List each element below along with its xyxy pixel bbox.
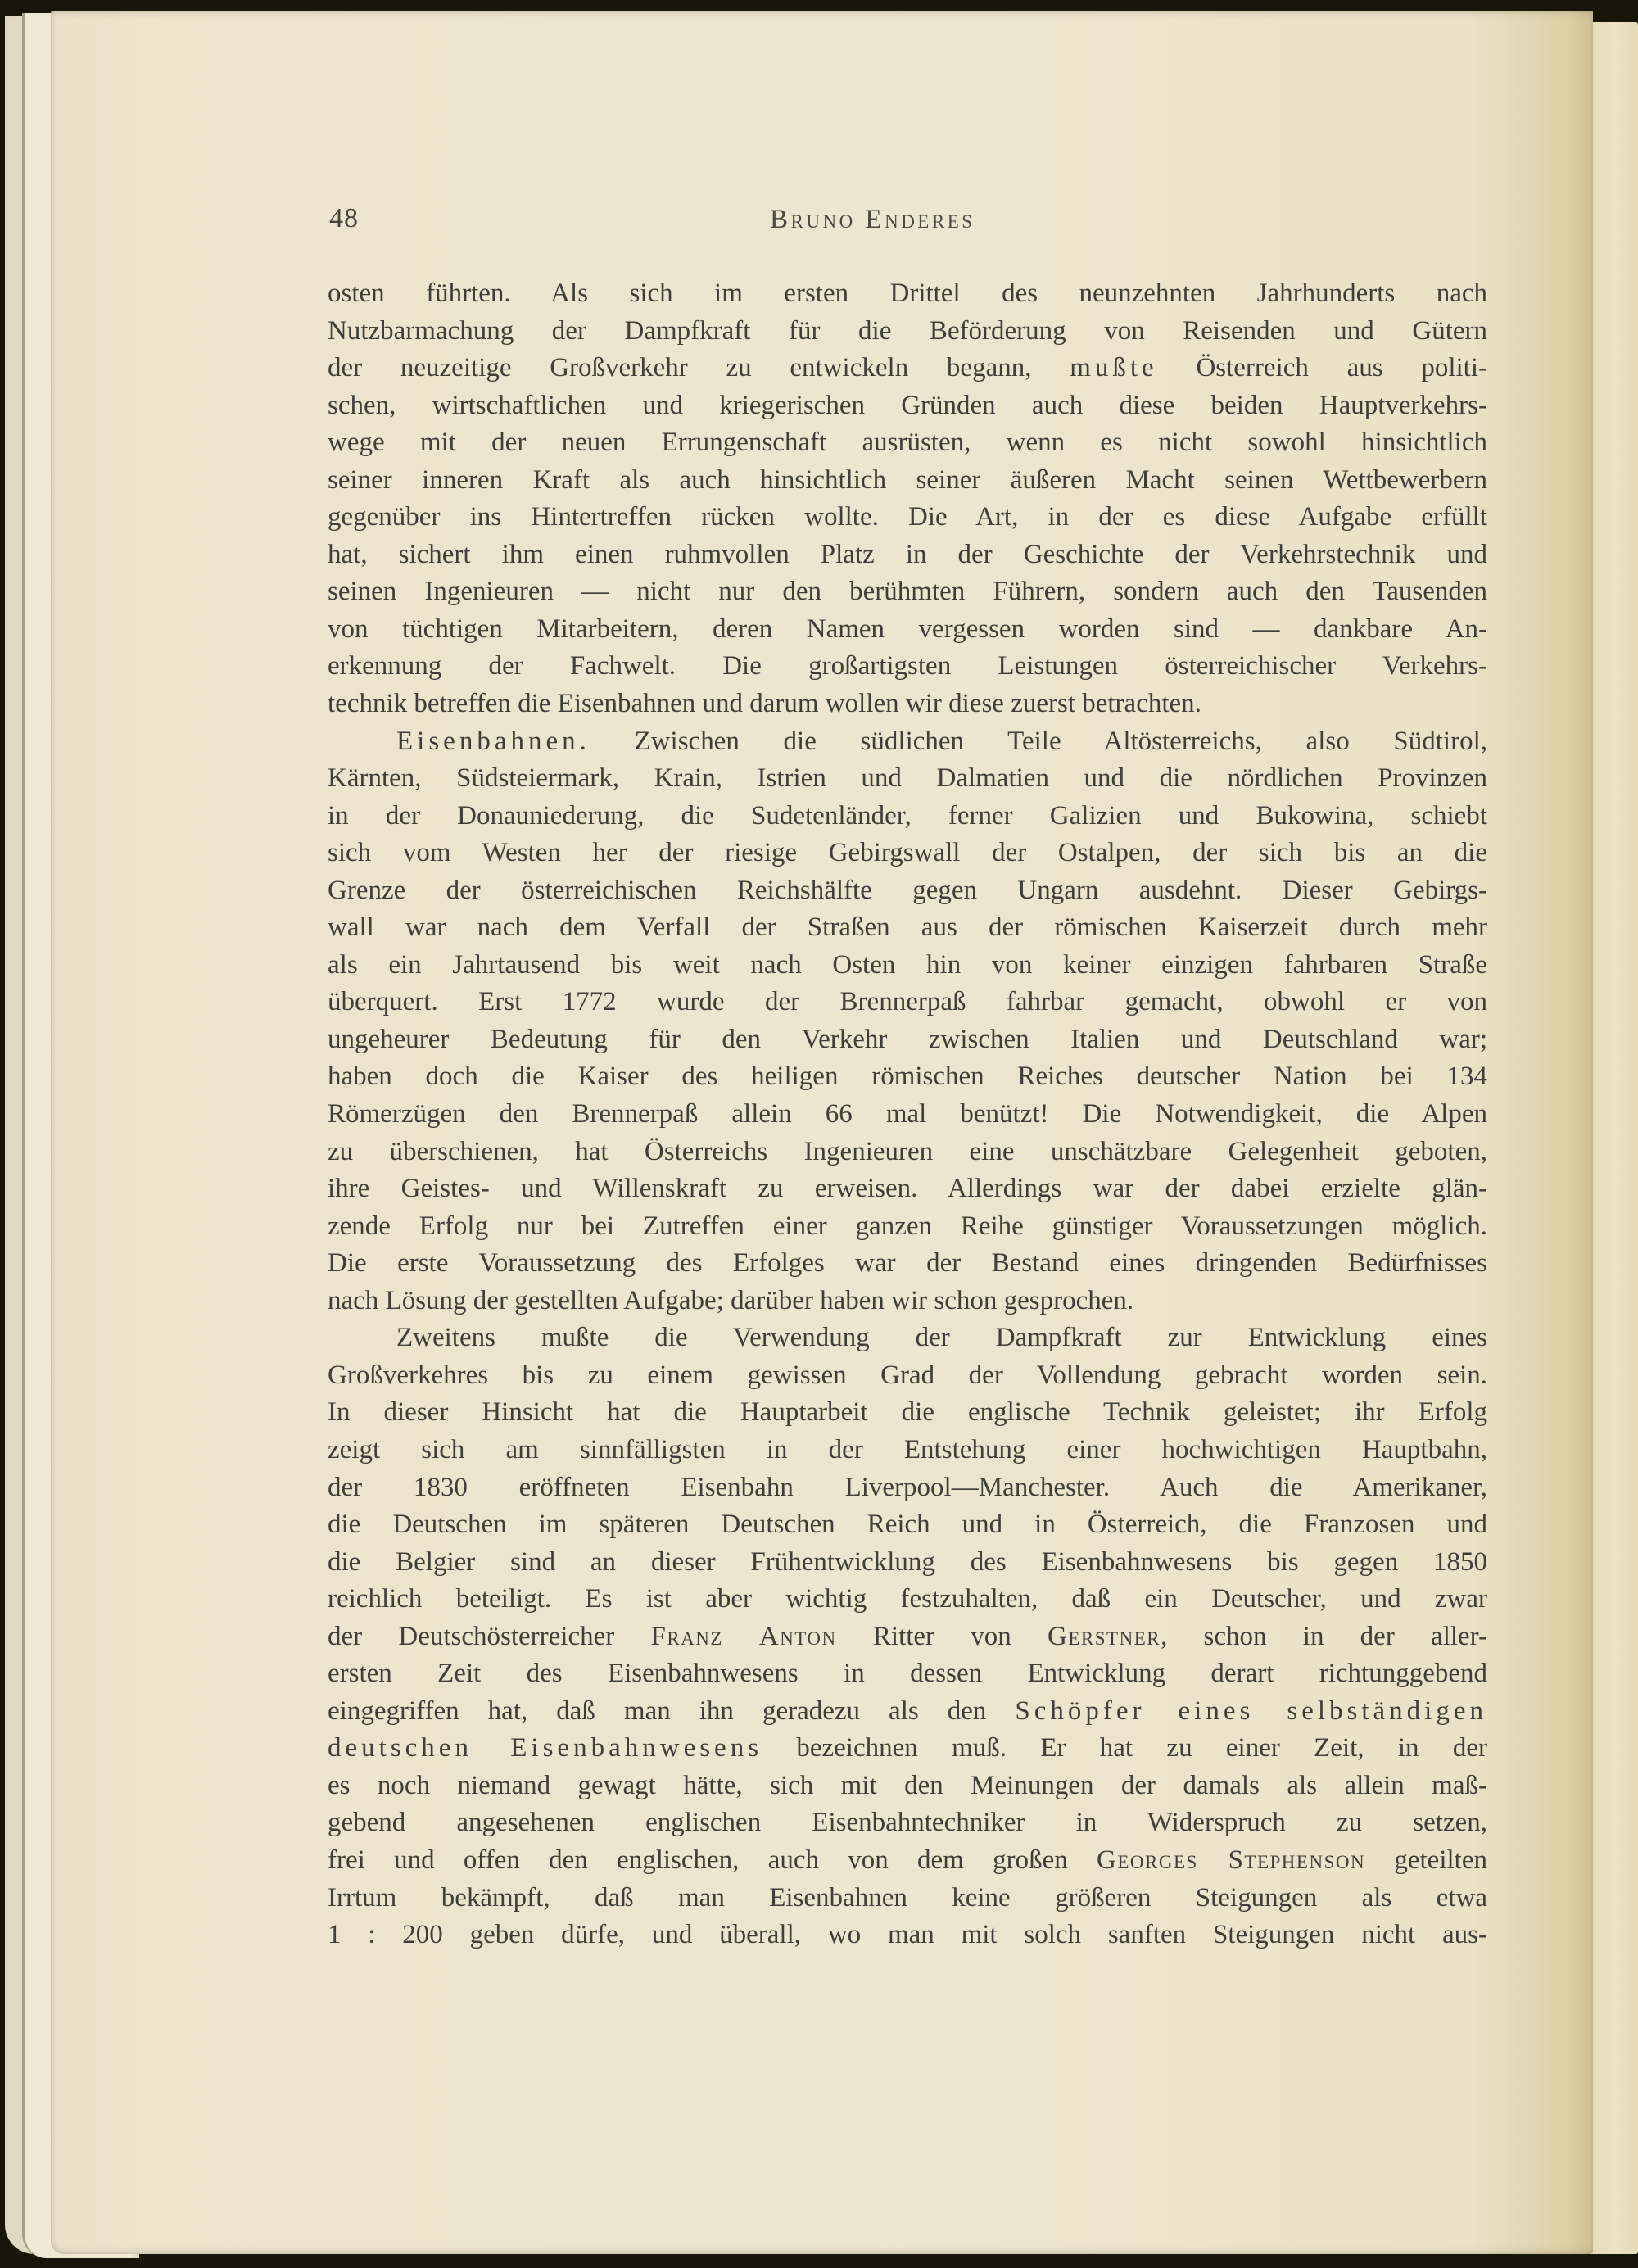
text-line: seinen Ingenieuren — nicht nur den berüh…	[328, 573, 1487, 611]
text-line: von tüchtigen Mitarbeitern, deren Namen …	[328, 611, 1487, 649]
text-line: Kärnten, Südsteiermark, Krain, Istrien u…	[328, 760, 1487, 798]
person-name: Gerstner	[1048, 1622, 1161, 1651]
text-segment: die Belgier sind an dieser Frühentwicklu…	[328, 1547, 1487, 1577]
text-segment: zeigt sich am sinnfälligsten in der Ents…	[328, 1435, 1487, 1464]
text-line: gegenüber ins Hintertreffen rücken wollt…	[328, 499, 1487, 536]
text-line: erkennung der Fachwelt. Die großartigste…	[328, 648, 1487, 686]
text-line: ungeheurer Bedeutung für den Verkehr zwi…	[328, 1021, 1487, 1059]
text-line: nach Lösung der gestellten Aufgabe; darü…	[328, 1283, 1487, 1320]
text-segment: nach Lösung der gestellten Aufgabe; darü…	[328, 1286, 1133, 1315]
running-head-author: Bruno Enderes	[770, 205, 975, 235]
text-line: osten führten. Als sich im ersten Dritte…	[328, 275, 1487, 313]
text-line: Die erste Voraussetzung des Erfolges war…	[328, 1245, 1487, 1283]
text-segment: Die erste Voraussetzung des Erfolges war…	[328, 1248, 1487, 1278]
emphasized-text: Eisenbahnen.	[396, 727, 590, 756]
text-segment: hat, sichert ihm einen ruhmvollen Platz …	[328, 540, 1487, 569]
emphasized-text: mußte	[1070, 353, 1157, 383]
text-segment: geteilten	[1365, 1845, 1487, 1875]
text-segment: schen, wirtschaftlichen und kriegerische…	[328, 391, 1487, 420]
text-line: der Deutschösterreicher Franz Anton Ritt…	[328, 1618, 1487, 1656]
text-line: Irrtum bekämpft, daß man Eisenbahnen kei…	[328, 1880, 1487, 1917]
text-line: Römerzügen den Brennerpaß allein 66 mal …	[328, 1096, 1487, 1134]
person-name: Franz Anton	[650, 1622, 836, 1651]
text-line: es noch niemand gewagt hätte, sich mit d…	[328, 1768, 1487, 1805]
text-line: die Belgier sind an dieser Frühentwicklu…	[328, 1544, 1487, 1582]
text-line: deutschen Eisenbahnwesens bezeichnen muß…	[328, 1730, 1487, 1768]
text-segment: überquert. Erst 1772 wurde der Brennerpa…	[328, 987, 1487, 1016]
text-line: zu überschienen, hat Österreichs Ingenie…	[328, 1134, 1487, 1171]
book-page: 48 Bruno Enderes osten führten. Als sich…	[51, 11, 1593, 2254]
text-line: Zweitens mußte die Verwendung der Dampfk…	[328, 1320, 1487, 1357]
text-segment: Nutzbarmachung der Dampfkraft für die Be…	[328, 316, 1487, 346]
text-segment: erkennung der Fachwelt. Die großartigste…	[328, 651, 1487, 681]
text-line: haben doch die Kaiser des heiligen römis…	[328, 1058, 1487, 1096]
text-line: Grenze der österreichischen Reichshälfte…	[328, 872, 1487, 910]
text-line: reichlich beteiligt. Es ist aber wichtig…	[328, 1581, 1487, 1618]
text-line: Großverkehres bis zu einem gewissen Grad…	[328, 1357, 1487, 1395]
text-segment: der Deutschösterreicher	[328, 1622, 650, 1651]
text-line: zende Erfolg nur bei Zutreffen einer gan…	[328, 1208, 1487, 1246]
text-line: eingegriffen hat, daß man ihn geradezu a…	[328, 1693, 1487, 1731]
text-segment: Römerzügen den Brennerpaß allein 66 mal …	[328, 1099, 1487, 1129]
text-line: technik betreffen die Eisenbahnen und da…	[328, 686, 1487, 723]
text-segment: Österreich aus politi-	[1158, 353, 1487, 383]
text-segment: eingegriffen hat, daß man ihn geradezu a…	[328, 1696, 1015, 1726]
text-segment: die Deutschen im späteren Deutschen Reic…	[328, 1510, 1487, 1539]
text-segment: sich vom Westen her der riesige Gebirgsw…	[328, 838, 1487, 867]
emphasized-text: Schöpfer eines selbständigen	[1015, 1696, 1487, 1726]
text-segment: Großverkehres bis zu einem gewissen Grad…	[328, 1360, 1487, 1390]
text-segment: wall war nach dem Verfall der Straßen au…	[328, 912, 1487, 942]
text-segment: der 1830 eröffneten Eisenbahn Liverpool—…	[328, 1473, 1487, 1502]
page-number: 48	[329, 203, 359, 234]
text-line: ersten Zeit des Eisenbahnwesens in desse…	[328, 1655, 1487, 1693]
text-segment: von tüchtigen Mitarbeitern, deren Namen …	[328, 614, 1487, 644]
text-segment: es noch niemand gewagt hätte, sich mit d…	[328, 1771, 1487, 1800]
text-line: in der Donauniederung, die Sudetenländer…	[328, 798, 1487, 835]
text-line: seiner inneren Kraft als auch hinsichtli…	[328, 462, 1487, 500]
text-segment: zu überschienen, hat Österreichs Ingenie…	[328, 1137, 1487, 1166]
text-line: der neuzeitige Großverkehr zu entwickeln…	[328, 350, 1487, 387]
text-segment: Zwischen die südlichen Teile Altösterrei…	[590, 727, 1487, 756]
emphasized-text: deutschen Eisenbahnwesens	[328, 1733, 762, 1763]
text-segment: in der Donauniederung, die Sudetenländer…	[328, 801, 1487, 831]
text-line: wall war nach dem Verfall der Straßen au…	[328, 909, 1487, 947]
text-segment: seiner inneren Kraft als auch hinsichtli…	[328, 465, 1487, 495]
person-name: Georges Stephenson	[1097, 1845, 1365, 1875]
text-line: gebend angesehenen englischen Eisenbahnt…	[328, 1804, 1487, 1842]
text-segment: reichlich beteiligt. Es ist aber wichtig…	[328, 1584, 1487, 1614]
text-segment: In dieser Hinsicht hat die Hauptarbeit d…	[328, 1397, 1487, 1427]
text-segment: ungeheurer Bedeutung für den Verkehr zwi…	[328, 1025, 1487, 1054]
text-line: schen, wirtschaftlichen und kriegerische…	[328, 387, 1487, 425]
text-line: In dieser Hinsicht hat die Hauptarbeit d…	[328, 1394, 1487, 1432]
body-text: osten führten. Als sich im ersten Dritte…	[328, 275, 1487, 1954]
text-segment: , schon in der aller-	[1161, 1622, 1487, 1651]
text-line: Eisenbahnen. Zwischen die südlichen Teil…	[328, 723, 1487, 761]
text-segment: 1 : 200 geben dürfe, und überall, wo man…	[328, 1920, 1487, 1949]
text-segment: Zweitens mußte die Verwendung der Dampfk…	[396, 1323, 1487, 1352]
text-segment: technik betreffen die Eisenbahnen und da…	[328, 689, 1201, 718]
text-line: 1 : 200 geben dürfe, und überall, wo man…	[328, 1917, 1487, 1954]
text-segment: Kärnten, Südsteiermark, Krain, Istrien u…	[328, 763, 1487, 793]
text-segment: Irrtum bekämpft, daß man Eisenbahnen kei…	[328, 1883, 1487, 1913]
text-segment: als ein Jahrtausend bis weit nach Osten …	[328, 950, 1487, 980]
text-segment: bezeichnen muß. Er hat zu einer Zeit, in…	[762, 1733, 1487, 1763]
text-segment: seinen Ingenieuren — nicht nur den berüh…	[328, 577, 1487, 606]
scanned-book-page-photo: { "page": { "number": "48", "running_hea…	[0, 0, 1638, 2268]
text-segment: ersten Zeit des Eisenbahnwesens in desse…	[328, 1659, 1487, 1688]
text-line: hat, sichert ihm einen ruhmvollen Platz …	[328, 536, 1487, 574]
text-line: Nutzbarmachung der Dampfkraft für die Be…	[328, 313, 1487, 351]
text-segment: haben doch die Kaiser des heiligen römis…	[328, 1062, 1487, 1091]
text-segment: frei und offen den englischen, auch von …	[328, 1845, 1097, 1875]
text-segment: gebend angesehenen englischen Eisenbahnt…	[328, 1808, 1487, 1837]
text-line: zeigt sich am sinnfälligsten in der Ents…	[328, 1432, 1487, 1469]
text-segment: osten führten. Als sich im ersten Dritte…	[328, 278, 1487, 308]
text-line: der 1830 eröffneten Eisenbahn Liverpool—…	[328, 1469, 1487, 1507]
text-segment: Grenze der österreichischen Reichshälfte…	[328, 876, 1487, 905]
text-line: ihre Geistes- und Willenskraft zu erweis…	[328, 1170, 1487, 1208]
text-segment: Ritter von	[837, 1622, 1048, 1651]
text-segment: wege mit der neuen Errungenschaft ausrüs…	[328, 428, 1487, 457]
text-line: sich vom Westen her der riesige Gebirgsw…	[328, 835, 1487, 872]
text-line: die Deutschen im späteren Deutschen Reic…	[328, 1506, 1487, 1544]
text-segment: der neuzeitige Großverkehr zu entwickeln…	[328, 353, 1070, 383]
text-line: wege mit der neuen Errungenschaft ausrüs…	[328, 424, 1487, 462]
text-segment: ihre Geistes- und Willenskraft zu erweis…	[328, 1174, 1487, 1203]
text-line: als ein Jahrtausend bis weit nach Osten …	[328, 947, 1487, 985]
text-segment: zende Erfolg nur bei Zutreffen einer gan…	[328, 1211, 1487, 1241]
text-segment: gegenüber ins Hintertreffen rücken wollt…	[328, 502, 1487, 532]
text-line: überquert. Erst 1772 wurde der Brennerpa…	[328, 984, 1487, 1021]
text-line: frei und offen den englischen, auch von …	[328, 1842, 1487, 1880]
